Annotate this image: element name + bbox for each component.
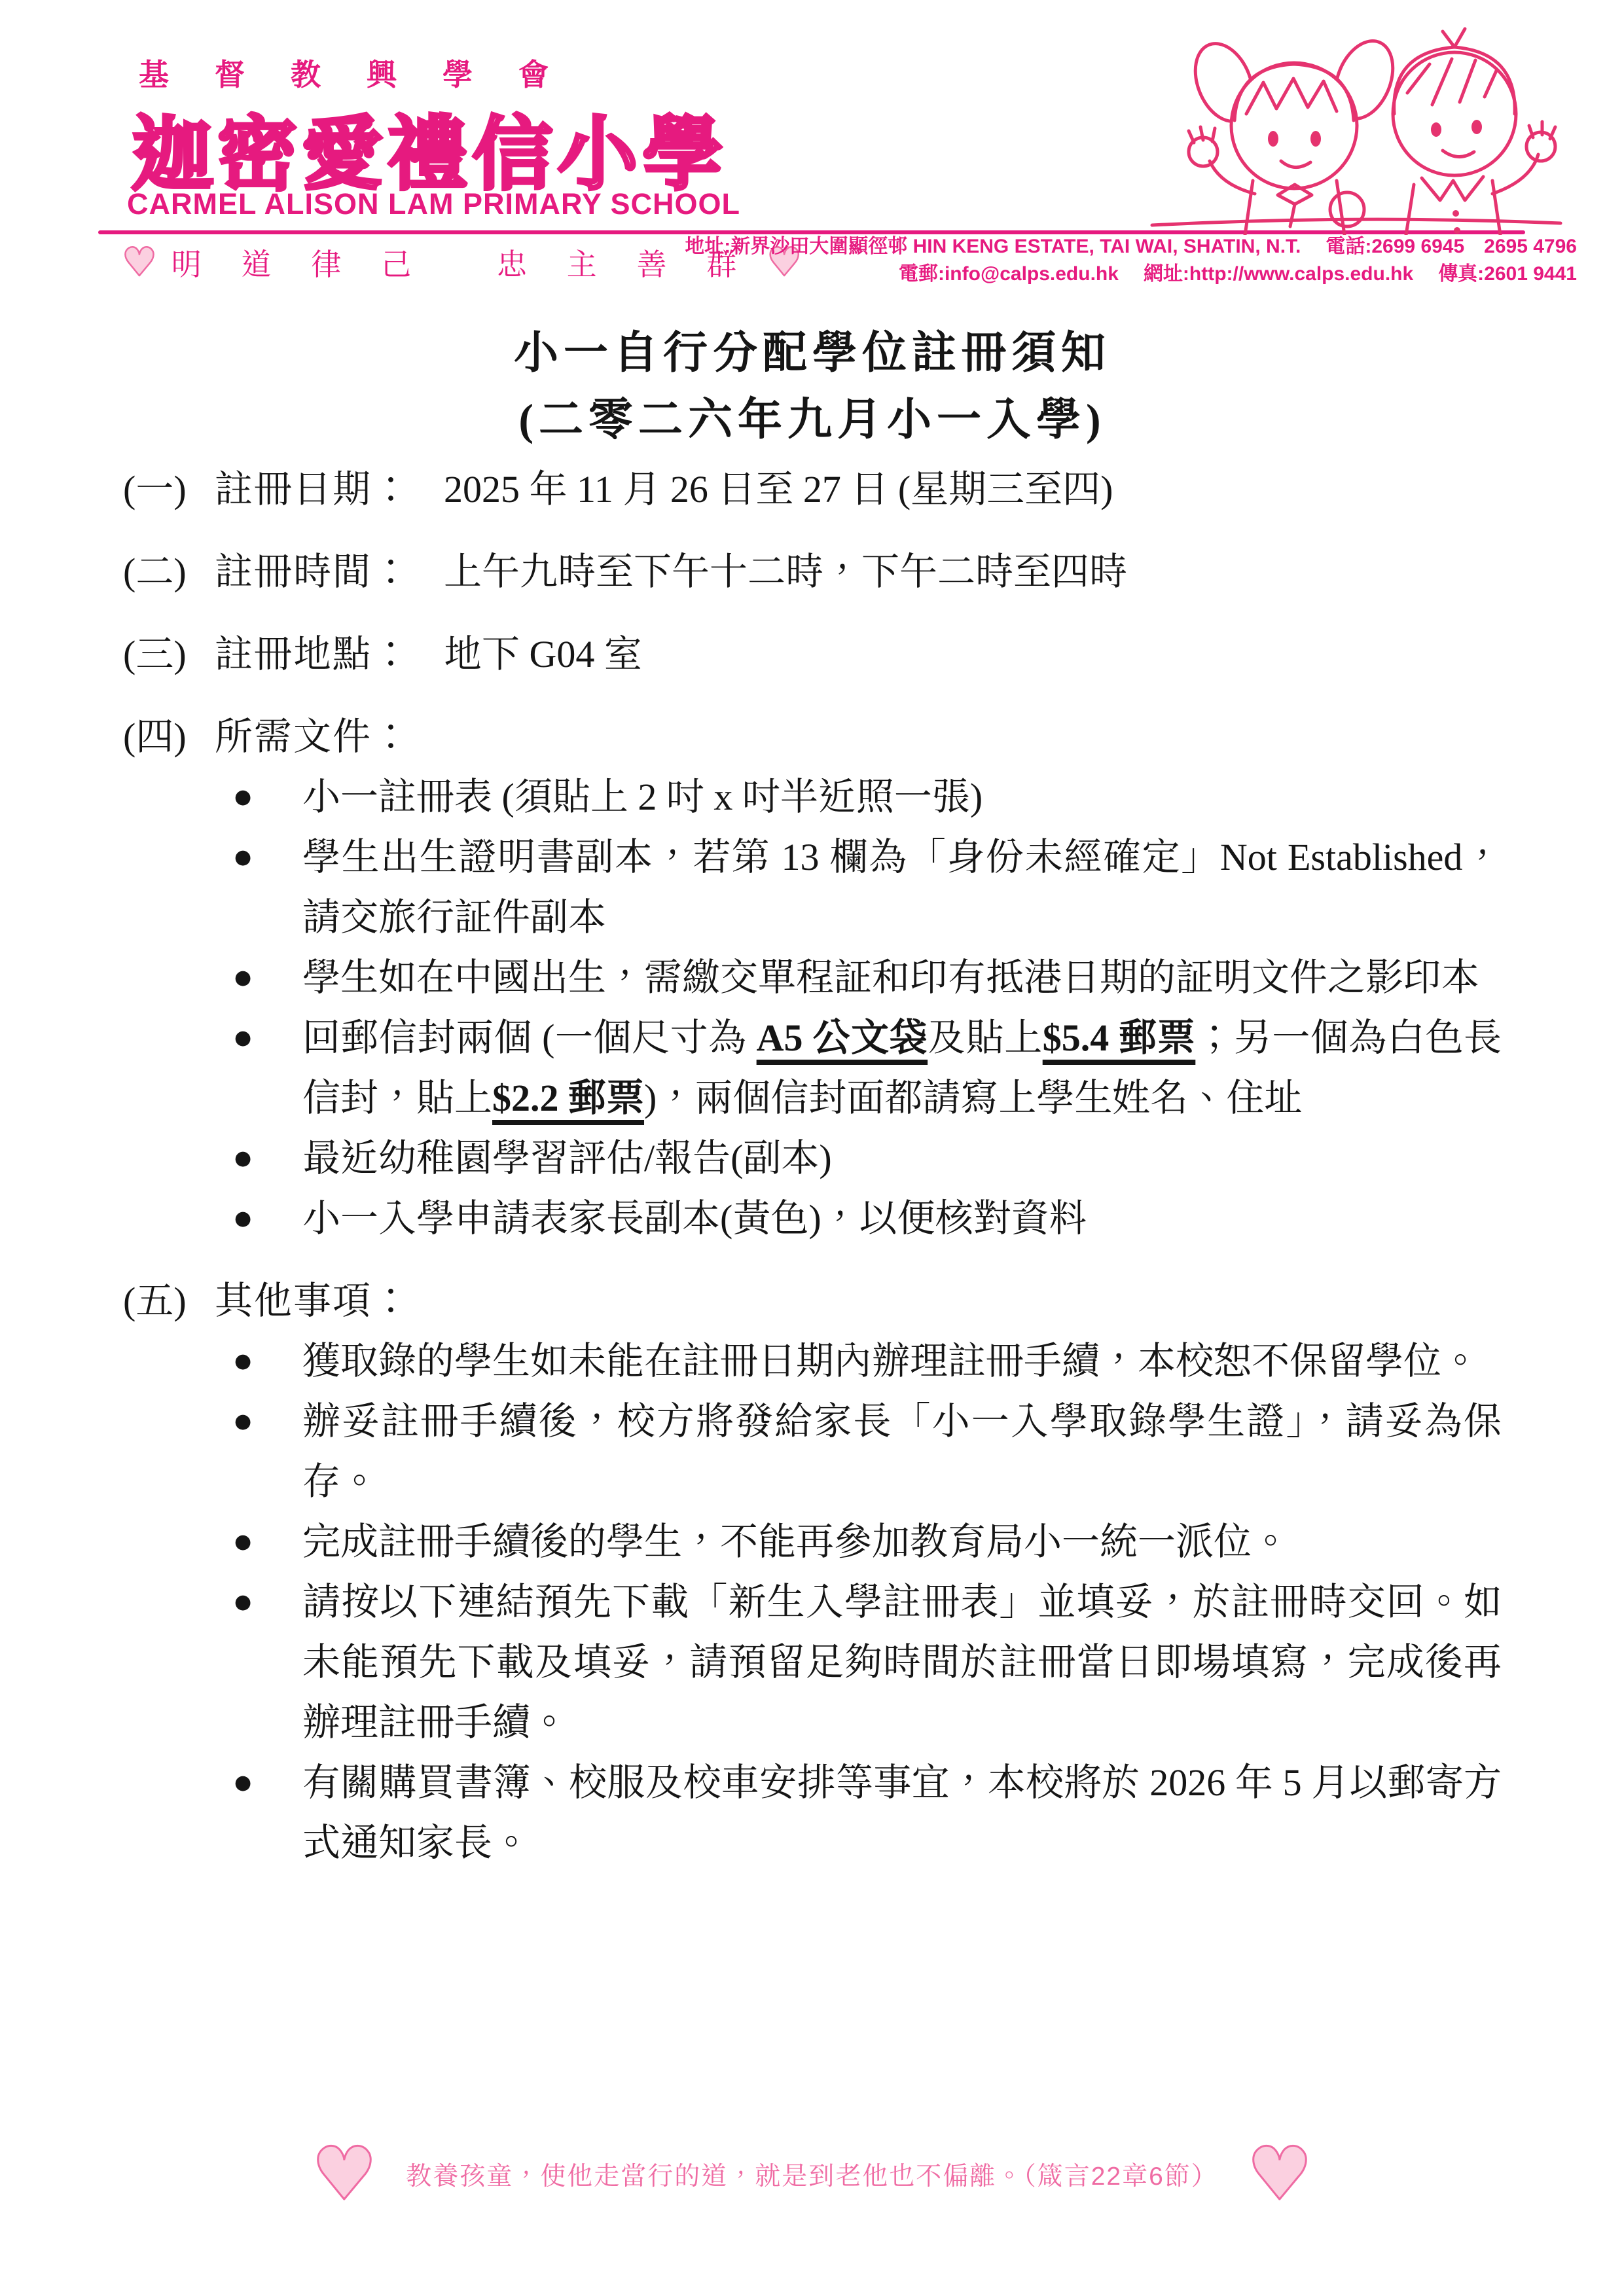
item-number: (二) xyxy=(123,542,215,602)
list-item: ●請按以下連結預先下載「新生入學註冊表」並填妥，於註冊時交回。如未能預先下載及填… xyxy=(234,1572,1502,1753)
list-item: ●有關購買書簿、校服及校車安排等事宜，本校將於 2026 年 5 月以郵寄方式通… xyxy=(234,1753,1502,1873)
children-illustration xyxy=(1147,9,1566,235)
notice-body: 小一自行分配學位註冊須知 (二零二六年九月小一入學) (一) 註冊日期： 202… xyxy=(123,319,1502,1873)
list-item: ●學生如在中國出生，需繳交單程証和印有抵港日期的証明文件之影印本 xyxy=(234,948,1502,1008)
item-content: 地下 G04 室 xyxy=(444,624,1502,685)
sponsoring-body-name: 基督教興學會 xyxy=(139,51,594,94)
list-item-text: 有關購買書簿、校服及校車安排等事宜，本校將於 2026 年 5 月以郵寄方式通知… xyxy=(302,1753,1502,1873)
bullet-icon: ● xyxy=(234,1753,302,1873)
contact-line-2: 電郵:info@calps.edu.hk網址:http://www.calps.… xyxy=(685,260,1577,288)
verse-text: 教養孩童，使他走當行的道，就是到老他也不偏離。 xyxy=(406,2162,1023,2191)
documents-list: ●小一註冊表 (須貼上 2 吋 x 吋半近照一張) ●學生出生證明書副本，若第 … xyxy=(234,767,1502,1249)
notice-item-others: (五) 其他事項： xyxy=(123,1271,1502,1331)
item-label: 註冊時間： xyxy=(215,542,444,602)
verse-reference: （箴言22章6節） xyxy=(1023,2162,1218,2191)
emphasized-text: A5 公文袋 xyxy=(757,1016,928,1059)
list-item-text: 小一入學申請表家長副本(黃色)，以便核對資料 xyxy=(302,1189,1502,1249)
list-item: ●最近幼稚園學習評估/報告(副本) xyxy=(234,1128,1502,1189)
list-item-text: 完成註冊手續後的學生，不能再參加教育局小一統一派位。 xyxy=(302,1512,1502,1572)
notice-item-documents: (四) 所需文件： xyxy=(123,707,1502,767)
bullet-icon: ● xyxy=(234,1189,302,1249)
school-name-english: CARMEL ALISON LAM PRIMARY SCHOOL xyxy=(127,187,740,221)
item-label: 註冊地點： xyxy=(215,624,444,685)
item-number: (五) xyxy=(123,1271,215,1331)
bullet-icon: ● xyxy=(234,1512,302,1572)
list-item: ●學生出生證明書副本，若第 13 欄為「身份未經確定」Not Establish… xyxy=(234,827,1502,948)
heart-icon: ♥ xyxy=(1247,2138,1312,2211)
notice-heading: 小一自行分配學位註冊須知 (二零二六年九月小一入學) xyxy=(123,319,1502,453)
list-item-segment: )，兩個信封面都請寫上學生姓名、住址 xyxy=(644,1077,1302,1119)
list-item: ●小一註冊表 (須貼上 2 吋 x 吋半近照一張) xyxy=(234,767,1502,827)
contact-website: 網址:http://www.calps.edu.hk xyxy=(1144,263,1413,285)
bullet-icon: ● xyxy=(234,948,302,1008)
list-item-segment: 及貼上 xyxy=(928,1016,1043,1059)
item-label: 註冊日期： xyxy=(215,459,444,520)
heart-icon: ♥ xyxy=(312,2138,377,2211)
list-item: ●辦妥註冊手續後，校方將發給家長「小一入學取錄學生證」，請妥為保存。 xyxy=(234,1391,1502,1512)
list-item: ●回郵信封兩個 (一個尺寸為 A5 公文袋及貼上$5.4 郵票；另一個為白色長信… xyxy=(234,1008,1502,1128)
contact-email: 電郵:info@calps.edu.hk xyxy=(899,263,1119,285)
footer-verse: ♥ 教養孩童，使他走當行的道，就是到老他也不偏離。（箴言22章6節） ♥ xyxy=(0,2138,1624,2211)
notice-item-time: (二) 註冊時間： 上午九時至下午十二時，下午二時至四時 xyxy=(123,542,1502,602)
page: { "colors": { "brand_pink": "#e61a7f", "… xyxy=(0,0,1624,2296)
item-content: 上午九時至下午十二時，下午二時至四時 xyxy=(444,542,1502,602)
motto-text: 明 道 律 己 忠 主 善 群 xyxy=(171,241,752,284)
list-item: ●獲取錄的學生如未能在註冊日期內辦理註冊手續，本校恕不保留學位。 xyxy=(234,1331,1502,1391)
heart-icon: ♥ xyxy=(122,243,157,282)
contact-phone: 電話:2699 6945 2695 4796 xyxy=(1326,236,1577,257)
list-item-text: 學生出生證明書副本，若第 13 欄為「身份未經確定」Not Establishe… xyxy=(302,827,1502,948)
bullet-icon: ● xyxy=(234,1391,302,1512)
item-label: 所需文件： xyxy=(215,707,444,767)
verse-line: 教養孩童，使他走當行的道，就是到老他也不偏離。（箴言22章6節） xyxy=(406,2156,1218,2193)
contact-line-1: 地址:新界沙田大圍顯徑邨 HIN KENG ESTATE, TAI WAI, S… xyxy=(685,233,1577,260)
list-item-text: 回郵信封兩個 (一個尺寸為 A5 公文袋及貼上$5.4 郵票；另一個為白色長信封… xyxy=(302,1008,1502,1128)
contact-fax: 傳真:2601 9441 xyxy=(1438,263,1577,285)
notice-item-venue: (三) 註冊地點： 地下 G04 室 xyxy=(123,624,1502,685)
bullet-icon: ● xyxy=(234,767,302,827)
list-item-text: 辦妥註冊手續後，校方將發給家長「小一入學取錄學生證」，請妥為保存。 xyxy=(302,1391,1502,1512)
item-number: (四) xyxy=(123,707,215,767)
item-number: (一) xyxy=(123,459,215,520)
bullet-icon: ● xyxy=(234,1008,302,1128)
item-number: (三) xyxy=(123,624,215,685)
list-item: ●小一入學申請表家長副本(黃色)，以便核對資料 xyxy=(234,1189,1502,1249)
notice-title: 小一自行分配學位註冊須知 xyxy=(123,319,1502,386)
list-item-text: 獲取錄的學生如未能在註冊日期內辦理註冊手續，本校恕不保留學位。 xyxy=(302,1331,1502,1391)
list-item-segment: 回郵信封兩個 (一個尺寸為 xyxy=(302,1016,757,1059)
bullet-icon: ● xyxy=(234,1128,302,1189)
contact-info: 地址:新界沙田大圍顯徑邨 HIN KENG ESTATE, TAI WAI, S… xyxy=(685,233,1577,288)
bullet-icon: ● xyxy=(234,827,302,948)
bullet-icon: ● xyxy=(234,1331,302,1391)
list-item-text: 請按以下連結預先下載「新生入學註冊表」並填妥，於註冊時交回。如未能預先下載及填妥… xyxy=(302,1572,1502,1753)
contact-address: 地址:新界沙田大圍顯徑邨 HIN KENG ESTATE, TAI WAI, S… xyxy=(685,236,1301,257)
notice-item-date: (一) 註冊日期： 2025 年 11 月 26 日至 27 日 (星期三至四) xyxy=(123,459,1502,520)
item-content: 2025 年 11 月 26 日至 27 日 (星期三至四) xyxy=(444,459,1502,520)
list-item-text: 學生如在中國出生，需繳交單程証和印有抵港日期的証明文件之影印本 xyxy=(302,948,1502,1008)
list-item-text: 最近幼稚園學習評估/報告(副本) xyxy=(302,1128,1502,1189)
bullet-icon: ● xyxy=(234,1572,302,1753)
list-item: ●完成註冊手續後的學生，不能再參加教育局小一統一派位。 xyxy=(234,1512,1502,1572)
emphasized-text: $2.2 郵票 xyxy=(492,1077,644,1119)
item-label: 其他事項： xyxy=(215,1271,444,1331)
list-item-text: 小一註冊表 (須貼上 2 吋 x 吋半近照一張) xyxy=(302,767,1502,827)
notice-subtitle: (二零二六年九月小一入學) xyxy=(123,386,1502,453)
emphasized-text: $5.4 郵票 xyxy=(1043,1016,1196,1059)
other-matters-list: ●獲取錄的學生如未能在註冊日期內辦理註冊手續，本校恕不保留學位。 ●辦妥註冊手續… xyxy=(234,1331,1502,1873)
